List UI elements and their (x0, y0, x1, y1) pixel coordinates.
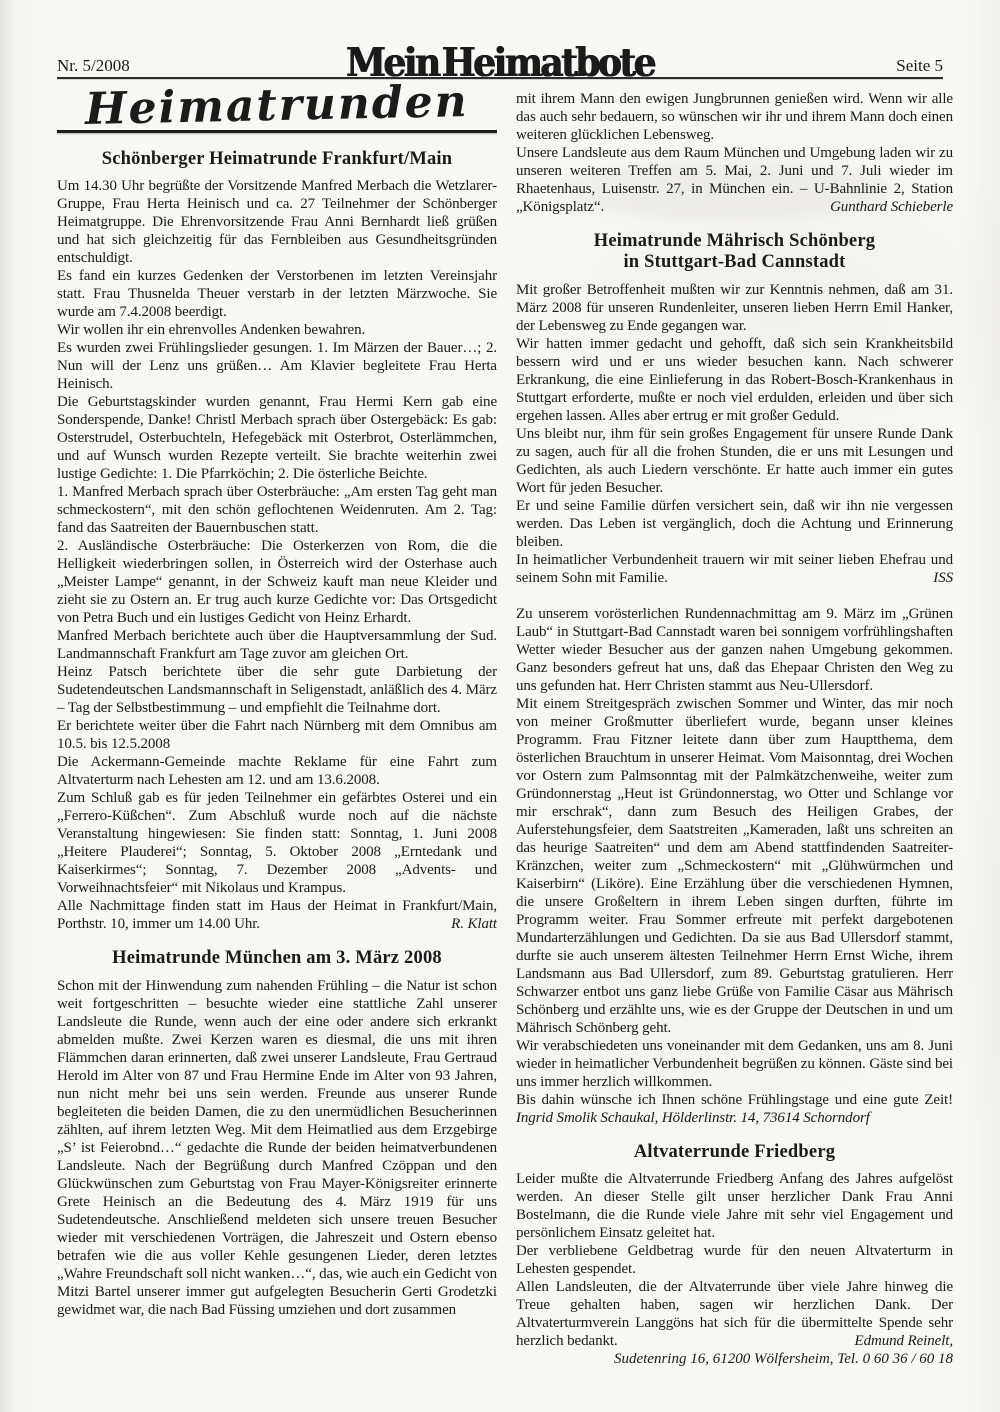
paragraph-with-signature: Bis dahin wünsche ich Ihnen schöne Frühl… (516, 1091, 953, 1127)
author-signature: ISS (919, 569, 953, 587)
paragraph: mit ihrem Mann den ewigen Jungbrunnen ge… (516, 90, 953, 144)
paragraph: 1. Manfred Merbach sprach über Osterbräu… (57, 483, 497, 537)
right-column: mit ihrem Mann den ewigen Jungbrunnen ge… (516, 90, 953, 1368)
paragraph: Wir wollen ihr ein ehrenvolles Andenken … (57, 321, 497, 339)
paragraph: Er berichtete weiter über die Fahrt nach… (57, 717, 497, 753)
paragraph: Heinz Patsch berichtete über die sehr gu… (57, 663, 497, 717)
article-heading-stuttgart: Heimatrunde Mährisch Schönberg in Stuttg… (516, 231, 953, 274)
paragraph-with-signature: In heimatlicher Verbundenheit trauern wi… (516, 551, 953, 587)
paragraph: Leider mußte die Altvaterrunde Friedberg… (516, 1170, 953, 1242)
article-heading-muenchen: Heimatrunde München am 3. März 2008 (57, 948, 497, 969)
paragraph: Er und seine Familie dürfen versichert s… (516, 497, 953, 551)
paragraph: Mit großer Betroffenheit mußten wir zur … (516, 281, 953, 335)
paragraph: Uns bleibt nur, ihm für sein großes Enga… (516, 425, 953, 497)
paragraph: Manfred Merbach berichtete auch über die… (57, 627, 497, 663)
paragraph: Zu unserem vorösterlichen Rundennachmitt… (516, 605, 953, 695)
paragraph: Es wurden zwei Frühlingslieder gesungen.… (57, 339, 497, 393)
page-header: Nr. 5/2008 Mein Heimatbote Seite 5 (57, 36, 943, 78)
paragraph-with-signature: Allen Landsleuten, die der Altvaterrunde… (516, 1278, 953, 1350)
issue-number: Nr. 5/2008 (57, 56, 130, 76)
paragraph: Um 14.30 Uhr begrüßte der Vorsitzende Ma… (57, 177, 497, 267)
paragraph-with-signature: Alle Nachmittage finden statt im Haus de… (57, 897, 497, 933)
article-heading-frankfurt: Schönberger Heimatrunde Frankfurt/Main (57, 149, 497, 170)
author-signature: R. Klatt (437, 915, 497, 933)
author-signature: Gunthard Schieberle (816, 198, 953, 216)
paragraph: Die Geburtstagskinder wurden genannt, Fr… (57, 393, 497, 483)
paragraph-with-signature: Unsere Landsleute aus dem Raum München u… (516, 144, 953, 216)
paragraph: Es fand ein kurzes Gedenken der Verstorb… (57, 267, 497, 321)
paragraph: Die Ackermann-Gemeinde machte Reklame fü… (57, 753, 497, 789)
author-signature: Ingrid Smolik Schaukal, Hölderlinstr. 14… (516, 1110, 870, 1126)
newspaper-page: Nr. 5/2008 Mein Heimatbote Seite 5 Heima… (0, 0, 1000, 1412)
article-heading-friedberg: Altvaterrunde Friedberg (516, 1142, 953, 1163)
paragraph: Wir verabschiedeten uns voneinander mit … (516, 1037, 953, 1091)
paragraph: Schon mit der Hinwendung zum nahenden Fr… (57, 977, 497, 1319)
heading-line-1: Heimatrunde Mährisch Schönberg (516, 231, 953, 252)
paragraph: Mit einem Streitgespräch zwischen Sommer… (516, 695, 953, 1037)
article-columns: Heimatrunden Schönberger Heimatrunde Fra… (57, 90, 953, 1368)
author-address: Sudetenring 16, 61200 Wölfersheim, Tel. … (516, 1350, 953, 1368)
section-title-block: Heimatrunden (57, 90, 497, 133)
author-signature: Edmund Reinelt, (841, 1332, 953, 1350)
paragraph: Wir hatten immer gedacht und gehofft, da… (516, 335, 953, 425)
paragraph: Der verbliebene Geldbetrag wurde für den… (516, 1242, 953, 1278)
paragraph-text: In heimatlicher Verbundenheit trauern wi… (516, 552, 953, 586)
section-title: Heimatrunden (85, 76, 470, 135)
paragraph-text: Alle Nachmittage finden statt im Haus de… (57, 898, 497, 932)
paragraph-text: Bis dahin wünsche ich Ihnen schöne Frühl… (516, 1092, 953, 1108)
paragraph: Zum Schluß gab es für jeden Teilnehmer e… (57, 789, 497, 897)
heading-line-2: in Stuttgart-Bad Cannstadt (516, 252, 953, 273)
left-column: Heimatrunden Schönberger Heimatrunde Fra… (57, 90, 497, 1319)
header-rule (57, 77, 943, 79)
page-number: Seite 5 (896, 56, 943, 76)
paragraph: 2. Ausländische Osterbräuche: Die Osterk… (57, 537, 497, 627)
